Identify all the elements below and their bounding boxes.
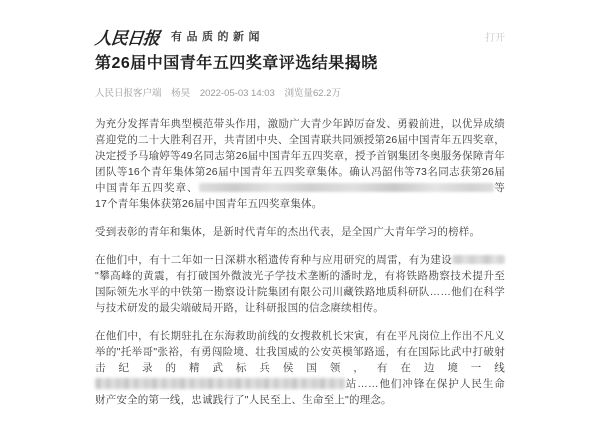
redacted-text (452, 255, 505, 264)
paragraph-text: 受到表彰的青年和集体，是新时代青年的杰出代表，是全国广大青年学习的榜样。 (95, 226, 480, 238)
article-paragraph: 在他们中，有十二年如一日深耕水稻遗传育种与应用研究的周雷，有为建设"攀高峰的黄震… (95, 252, 505, 316)
meta-datetime: 2022-05-03 14:03 (200, 88, 275, 99)
content-column: 人民日报 有品质的新闻 打开 第26届中国青年五四奖章评选结果揭晓 人民日报客户… (95, 0, 505, 420)
paragraph-text: 在他们中，有十二年如一日深耕水稻遗传育种与应用研究的周雷，有为建设 (95, 254, 452, 266)
article-paragraph: 在他们中，有长期驻扎在东海救助前线的女搜救机长宋寅，有在平凡岗位上作出不凡义举的… (95, 328, 505, 408)
article-page: 人民日报 有品质的新闻 打开 第26届中国青年五四奖章评选结果揭晓 人民日报客户… (0, 0, 599, 423)
redacted-text (199, 183, 494, 192)
meta-views: 浏览量62.2万 (284, 88, 341, 99)
header: 人民日报 有品质的新闻 打开 (95, 27, 505, 45)
article-body: 为充分发挥青年典型模范带头作用，激励广大青少年踔厉奋发、勇毅前进，以优异成绩喜迎… (95, 116, 505, 408)
brand: 人民日报 有品质的新闻 (95, 24, 264, 49)
redacted-text (95, 378, 345, 389)
article-title: 第26届中国青年五四奖章评选结果揭晓 (95, 54, 505, 74)
meta-source: 人民日报客户端 (95, 88, 162, 99)
meta-author: 杨昊 (171, 88, 190, 99)
article-paragraph: 为充分发挥青年典型模范带头作用，激励广大青少年踔厉奋发、勇毅前进，以优异成绩喜迎… (95, 116, 505, 212)
brand-tagline: 有品质的新闻 (171, 28, 264, 44)
paragraph-text: 在他们中，有长期驻扎在东海救助前线的女搜救机长宋寅，有在平凡岗位上作出不凡义举的… (95, 330, 505, 374)
article-meta: 人民日报客户端 杨昊 2022-05-03 14:03 浏览量62.2万 (95, 85, 505, 99)
peoples-daily-logo: 人民日报 (94, 24, 161, 49)
open-app-button[interactable]: 打开 (485, 29, 505, 44)
paragraph-text: "攀高峰的黄震，有打破国外微波光子学技术垄断的潘时龙，有将铁路勘察技术提升至国际… (95, 270, 505, 314)
article-paragraph: 受到表彰的青年和集体，是新时代青年的杰出代表，是全国广大青年学习的榜样。 (95, 224, 505, 240)
